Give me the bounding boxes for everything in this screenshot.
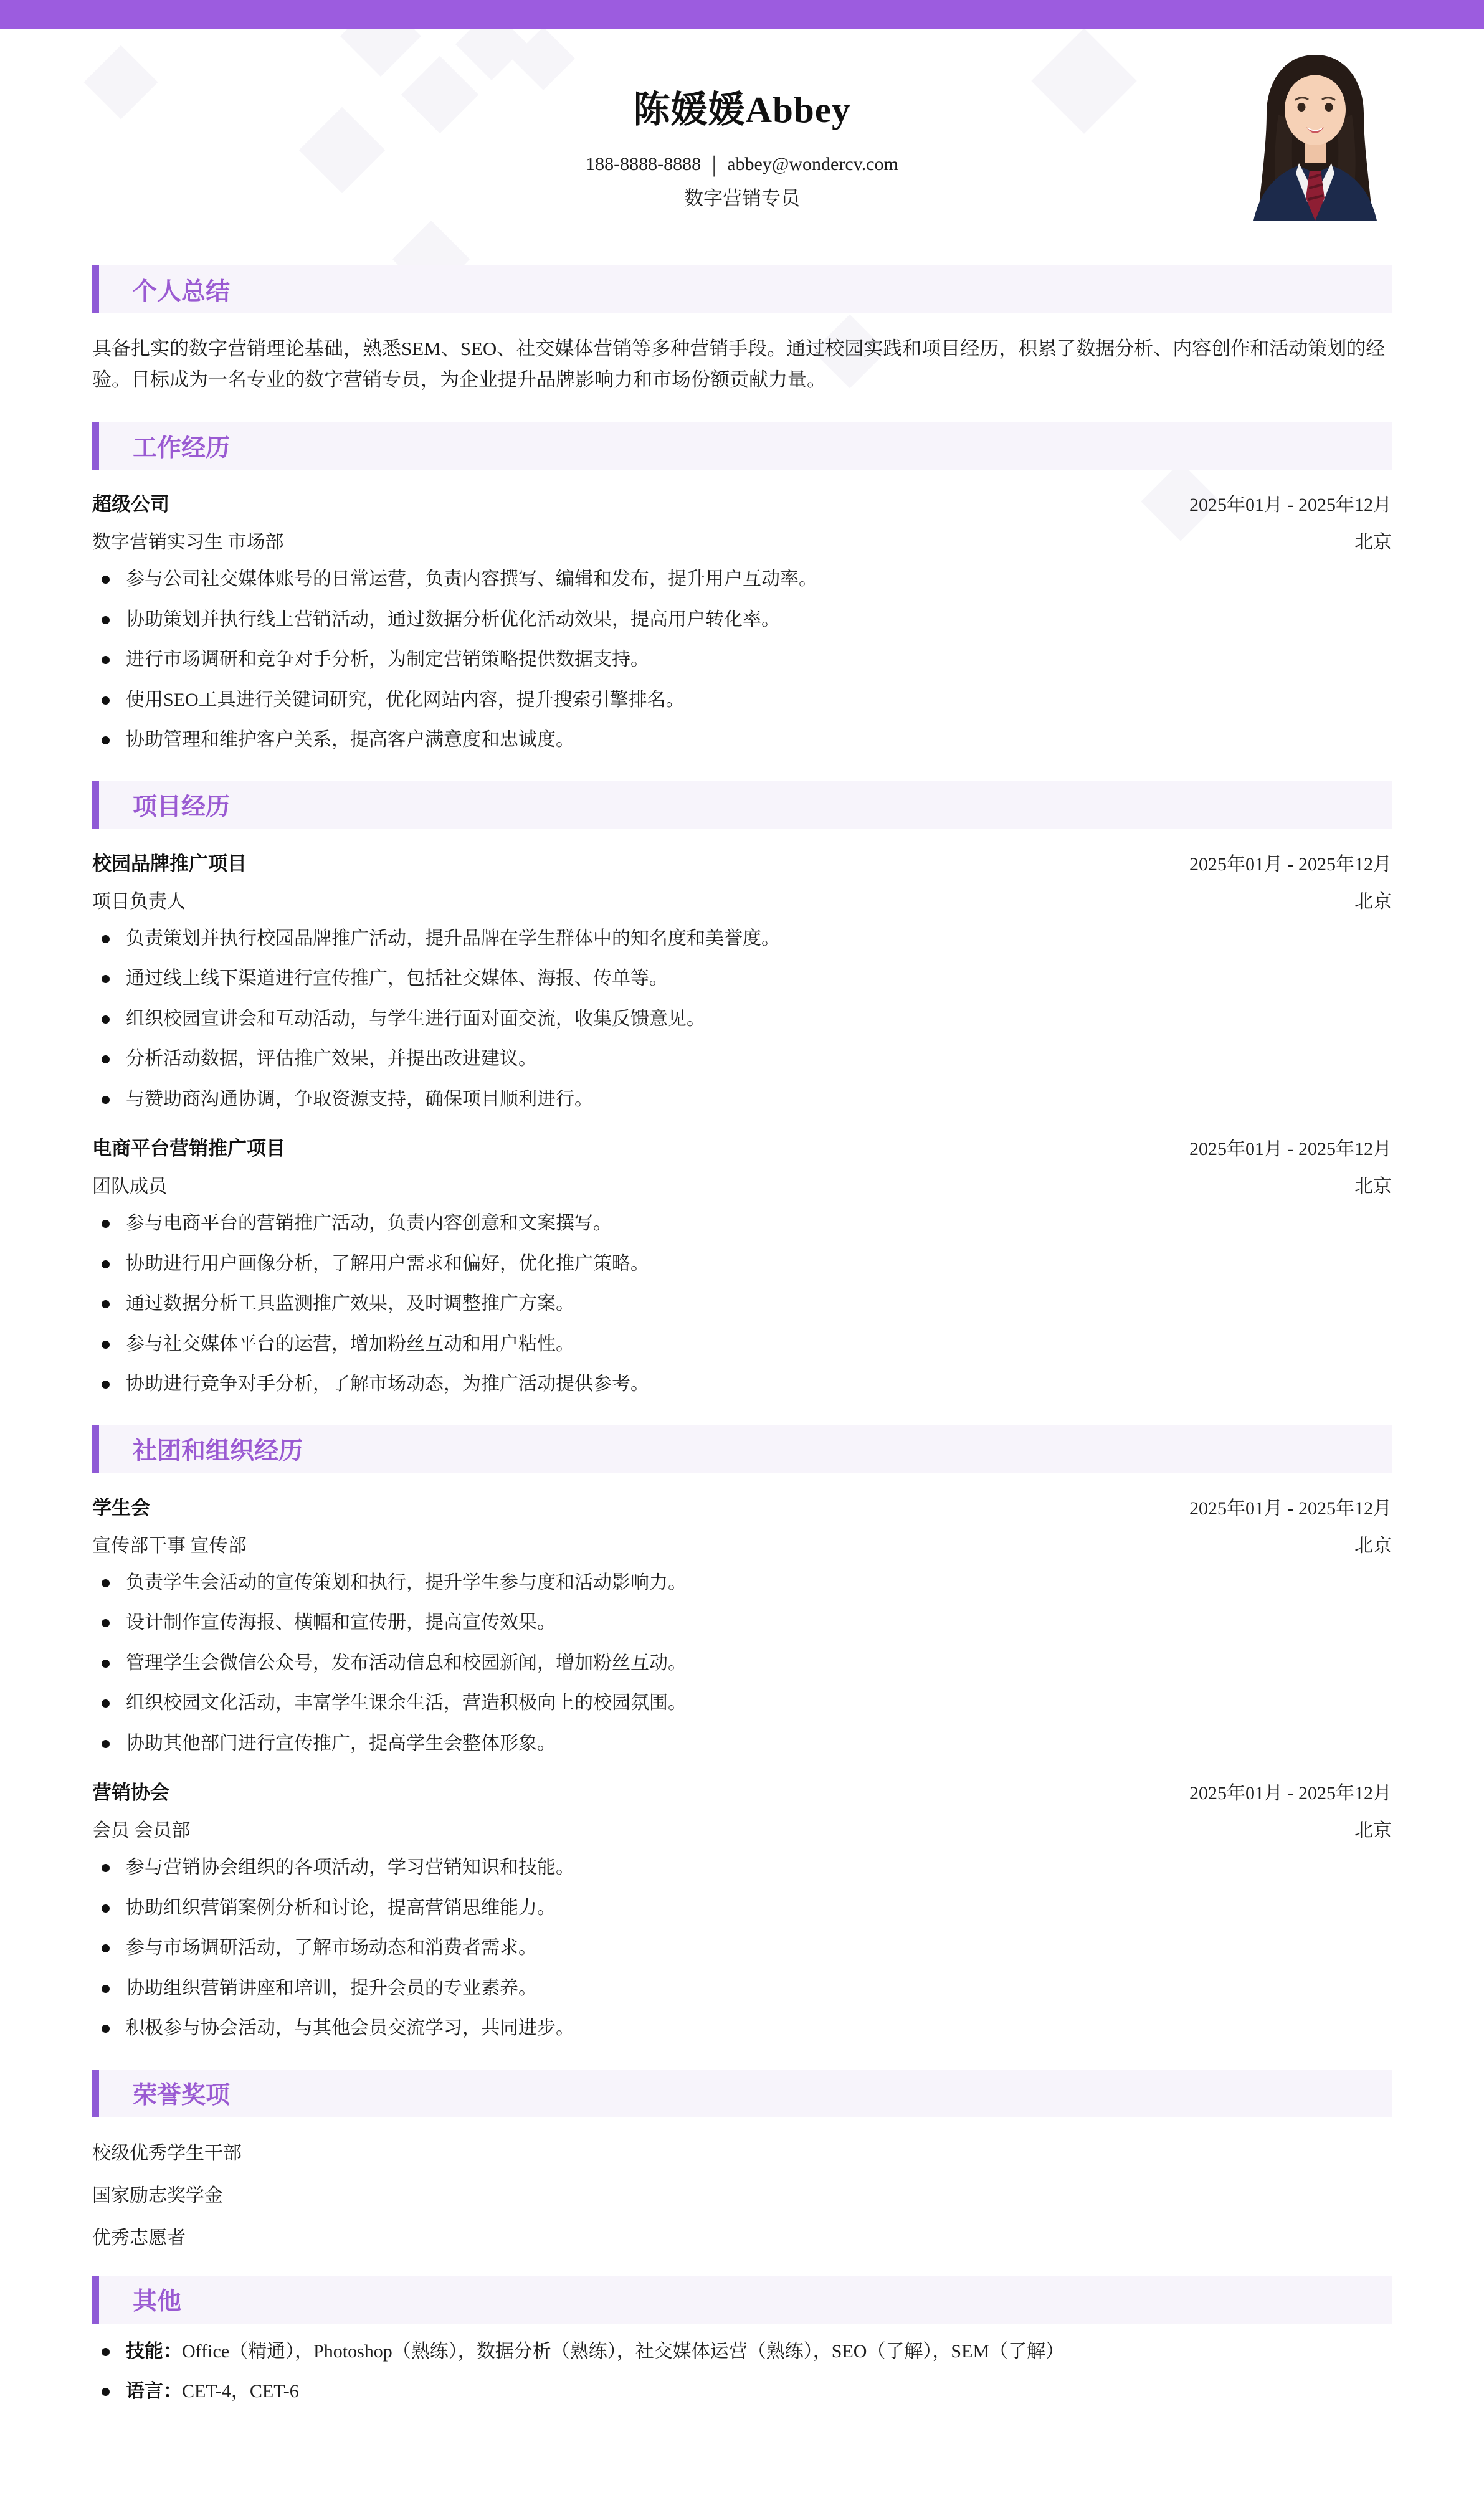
organization-entry: 营销协会 2025年01月 - 2025年12月 会员 会员部 北京 参与营销协…	[92, 1777, 1392, 2043]
top-accent-bar	[0, 0, 1484, 29]
contact-separator: |	[712, 151, 716, 178]
project-entry: 校园品牌推广项目 2025年01月 - 2025年12月 项目负责人 北京 负责…	[92, 848, 1392, 1114]
bullet-list: 参与营销协会组织的各项活动，学习营销知识和技能。 协助组织营销案例分析和讨论，提…	[92, 1853, 1392, 2043]
section-projects: 项目经历 校园品牌推广项目 2025年01月 - 2025年12月 项目负责人 …	[92, 781, 1392, 1399]
location: 北京	[1354, 1530, 1392, 1557]
section-header: 其他	[92, 2276, 1392, 2324]
skills-item: 技能：Office（精通），Photoshop（熟练），数据分析（熟练），社交媒…	[92, 2337, 1392, 2367]
bullet-item: 协助进行竞争对手分析，了解市场动态，为推广活动提供参考。	[92, 1370, 1392, 1399]
section-honors: 荣誉奖项 校级优秀学生干部 国家励志奖学金 优秀志愿者	[92, 2070, 1392, 2250]
bullet-item: 协助组织营销案例分析和讨论，提高营销思维能力。	[92, 1894, 1392, 1923]
role: 团队成员	[92, 1171, 167, 1198]
section-header: 项目经历	[92, 781, 1392, 829]
bullet-item: 通过数据分析工具监测推广效果，及时调整推广方案。	[92, 1290, 1392, 1319]
bullet-item: 参与市场调研活动，了解市场动态和消费者需求。	[92, 1934, 1392, 1963]
role: 宣传部干事 宣传部	[92, 1530, 247, 1557]
bullet-item: 协助进行用户画像分析，了解用户需求和偏好，优化推广策略。	[92, 1250, 1392, 1279]
languages-label: 语言：	[126, 2381, 182, 2402]
role: 会员 会员部	[92, 1815, 191, 1842]
section-other: 其他 技能：Office（精通），Photoshop（熟练），数据分析（熟练），…	[92, 2276, 1392, 2407]
work-entry: 超级公司 2025年01月 - 2025年12月 数字营销实习生 市场部 北京 …	[92, 488, 1392, 755]
section-header: 社团和组织经历	[92, 1425, 1392, 1473]
resume-header: 陈媛媛Abbey 188-8888-8888|abbey@wondercv.co…	[92, 0, 1392, 211]
date-range: 2025年01月 - 2025年12月	[1189, 1493, 1392, 1520]
job-title: 数字营销专员	[92, 183, 1392, 211]
summary-text: 具备扎实的数字营销理论基础，熟悉SEM、SEO、社交媒体营销等多种营销手段。通过…	[92, 333, 1392, 396]
skills-text: Office（精通），Photoshop（熟练），数据分析（熟练），社交媒体运营…	[182, 2341, 1064, 2362]
organization-entry: 学生会 2025年01月 - 2025年12月 宣传部干事 宣传部 北京 负责学…	[92, 1492, 1392, 1759]
bullet-item: 使用SEO工具进行关键词研究，优化网站内容，提升搜索引擎排名。	[92, 686, 1392, 715]
section-organizations: 社团和组织经历 学生会 2025年01月 - 2025年12月 宣传部干事 宣传…	[92, 1425, 1392, 2043]
date-range: 2025年01月 - 2025年12月	[1189, 489, 1392, 516]
section-summary: 个人总结 具备扎实的数字营销理论基础，熟悉SEM、SEO、社交媒体营销等多种营销…	[92, 265, 1392, 396]
role: 项目负责人	[92, 886, 186, 913]
bullet-item: 设计制作宣传海报、横幅和宣传册，提高宣传效果。	[92, 1609, 1392, 1638]
date-range: 2025年01月 - 2025年12月	[1189, 848, 1392, 876]
email-address: abbey@wondercv.com	[727, 154, 898, 174]
languages-text: CET-4，CET-6	[182, 2381, 299, 2402]
project-name: 校园品牌推广项目	[92, 848, 247, 876]
bullet-item: 参与电商平台的营销推广活动，负责内容创意和文案撰写。	[92, 1209, 1392, 1238]
bullet-item: 协助其他部门进行宣传推广，提高学生会整体形象。	[92, 1729, 1392, 1759]
location: 北京	[1354, 526, 1392, 554]
location: 北京	[1354, 1171, 1392, 1198]
bullet-item: 分析活动数据，评估推广效果，并提出改进建议。	[92, 1045, 1392, 1074]
location: 北京	[1354, 1815, 1392, 1842]
bullet-item: 参与公司社交媒体账号的日常运营，负责内容撰写、编辑和发布，提升用户互动率。	[92, 565, 1392, 594]
bullet-item: 通过线上线下渠道进行宣传推广，包括社交媒体、海报、传单等。	[92, 964, 1392, 994]
profile-photo	[1239, 40, 1392, 221]
bullet-item: 管理学生会微信公众号，发布活动信息和校园新闻，增加粉丝互动。	[92, 1649, 1392, 1678]
role: 数字营销实习生 市场部	[92, 526, 284, 554]
bullet-list: 参与公司社交媒体账号的日常运营，负责内容撰写、编辑和发布，提升用户互动率。 协助…	[92, 565, 1392, 755]
honor-item: 优秀志愿者	[92, 2222, 1392, 2250]
bullet-list: 技能：Office（精通），Photoshop（熟练），数据分析（熟练），社交媒…	[92, 2337, 1392, 2407]
section-title: 荣誉奖项	[133, 2076, 230, 2111]
bullet-item: 负责策划并执行校园品牌推广活动，提升品牌在学生群体中的知名度和美誉度。	[92, 924, 1392, 954]
project-name: 电商平台营销推广项目	[92, 1133, 285, 1161]
bullet-item: 积极参与协会活动，与其他会员交流学习，共同进步。	[92, 2014, 1392, 2043]
section-header: 荣誉奖项	[92, 2070, 1392, 2117]
skills-label: 技能：	[126, 2341, 182, 2362]
org-name: 营销协会	[92, 1777, 169, 1805]
bullet-list: 参与电商平台的营销推广活动，负责内容创意和文案撰写。 协助进行用户画像分析，了解…	[92, 1209, 1392, 1399]
bullet-item: 组织校园宣讲会和互动活动，与学生进行面对面交流，收集反馈意见。	[92, 1005, 1392, 1034]
bullet-item: 组织校园文化活动，丰富学生课余生活，营造积极向上的校园氛围。	[92, 1689, 1392, 1718]
org-name: 学生会	[92, 1492, 150, 1520]
bullet-item: 协助组织营销讲座和培训，提升会员的专业素养。	[92, 1974, 1392, 2003]
section-header: 工作经历	[92, 422, 1392, 470]
bullet-item: 进行市场调研和竞争对手分析，为制定营销策略提供数据支持。	[92, 645, 1392, 675]
bullet-list: 负责策划并执行校园品牌推广活动，提升品牌在学生群体中的知名度和美誉度。 通过线上…	[92, 924, 1392, 1114]
bullet-item: 参与营销协会组织的各项活动，学习营销知识和技能。	[92, 1853, 1392, 1883]
phone-number: 188-8888-8888	[586, 154, 701, 174]
location: 北京	[1354, 886, 1392, 913]
bullet-item: 协助策划并执行线上营销活动，通过数据分析优化活动效果，提高用户转化率。	[92, 606, 1392, 635]
section-header: 个人总结	[92, 265, 1392, 313]
bullet-item: 负责学生会活动的宣传策划和执行，提升学生参与度和活动影响力。	[92, 1569, 1392, 1598]
org-name: 超级公司	[92, 488, 169, 516]
bullet-item: 与赞助商沟通协调，争取资源支持，确保项目顺利进行。	[92, 1085, 1392, 1114]
resume-page: 陈媛媛Abbey 188-8888-8888|abbey@wondercv.co…	[0, 0, 1484, 2495]
section-title: 其他	[133, 2282, 181, 2317]
languages-item: 语言：CET-4，CET-6	[92, 2377, 1392, 2407]
honor-item: 国家励志奖学金	[92, 2180, 1392, 2207]
section-title: 社团和组织经历	[133, 1432, 303, 1466]
section-title: 工作经历	[133, 429, 230, 463]
candidate-name: 陈媛媛Abbey	[92, 80, 1392, 133]
honor-item: 校级优秀学生干部	[92, 2137, 1392, 2165]
date-range: 2025年01月 - 2025年12月	[1189, 1777, 1392, 1805]
section-work: 工作经历 超级公司 2025年01月 - 2025年12月 数字营销实习生 市场…	[92, 422, 1392, 755]
bullet-item: 参与社交媒体平台的运营，增加粉丝互动和用户粘性。	[92, 1330, 1392, 1359]
section-title: 项目经历	[133, 787, 230, 822]
contact-line: 188-8888-8888|abbey@wondercv.com	[92, 154, 1392, 175]
section-title: 个人总结	[133, 272, 230, 307]
date-range: 2025年01月 - 2025年12月	[1189, 1133, 1392, 1161]
bullet-list: 负责学生会活动的宣传策划和执行，提升学生参与度和活动影响力。 设计制作宣传海报、…	[92, 1569, 1392, 1759]
bullet-item: 协助管理和维护客户关系，提高客户满意度和忠诚度。	[92, 726, 1392, 755]
project-entry: 电商平台营销推广项目 2025年01月 - 2025年12月 团队成员 北京 参…	[92, 1133, 1392, 1399]
